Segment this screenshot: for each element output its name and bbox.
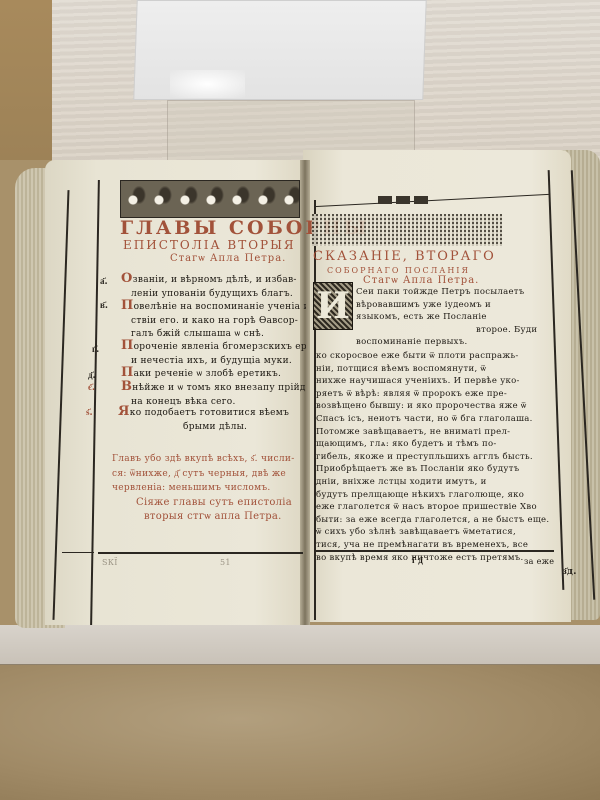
right-title-line1: СКАЗАНІЕ, ВТОРАГО: [313, 250, 496, 264]
footer-rule: [62, 552, 94, 553]
chapter-number: г҃.: [92, 344, 99, 355]
chapters-summary: Главъ убо здѣ вкупѣ всѣхъ, ѕ҃. числи- ся…: [112, 452, 307, 525]
ornamented-drop-cap: И: [313, 282, 353, 330]
right-body-intro: Сеи паки тойжде Петръ посылаетъ вѣровавш…: [356, 286, 552, 336]
right-body-main: ко скоросвое еже быти ѿ плоти распражь- …: [316, 350, 554, 564]
table-edge: [0, 625, 600, 665]
chapter-number: а҃.: [100, 276, 108, 287]
faint-mark: 51: [220, 556, 231, 570]
chapter-entry: Пороченіе явленіа бгомерзскихъ еретикъ и…: [121, 339, 306, 368]
light-glare: [170, 70, 245, 98]
left-title-line2: ЕПИСТОЛІА ВТОРЫЯ: [123, 238, 296, 252]
signature-mark: з҃д.: [563, 566, 577, 580]
chapter-entry: Повелѣніе на воспоминаніе ученіа и ствіи…: [121, 299, 306, 342]
floor: [0, 665, 600, 800]
chapter-number: ѕ҃.: [86, 407, 93, 418]
small-ornament: [396, 196, 410, 204]
left-title-line3: Стагѡ Апла Петра.: [170, 253, 286, 265]
small-ornament: [378, 196, 392, 204]
lace-headpiece-ornament: [312, 214, 502, 246]
chapter-number: д҃.: [88, 370, 96, 381]
footer-rule: [98, 552, 303, 554]
right-body-line: воспоминаніе первыхъ.: [356, 336, 552, 350]
small-ornament: [414, 196, 428, 204]
chapter-number: в҃.: [100, 300, 108, 311]
page-number: і҃ д҃: [412, 555, 423, 569]
catchword: за еже: [524, 555, 554, 569]
faint-mark: ЅКЇ: [102, 556, 118, 570]
chapter-entry: Озваніи, и вѣрномъ дѣлѣ, и избав- леніи …: [121, 272, 306, 301]
chapter-number: є҃.: [88, 382, 95, 393]
background-floor-corner: [0, 0, 60, 160]
chapter-entry: Яко подобаетъ готовитися вѣемъ брыми дѣл…: [118, 405, 306, 434]
floral-headpiece-ornament: [120, 180, 300, 218]
